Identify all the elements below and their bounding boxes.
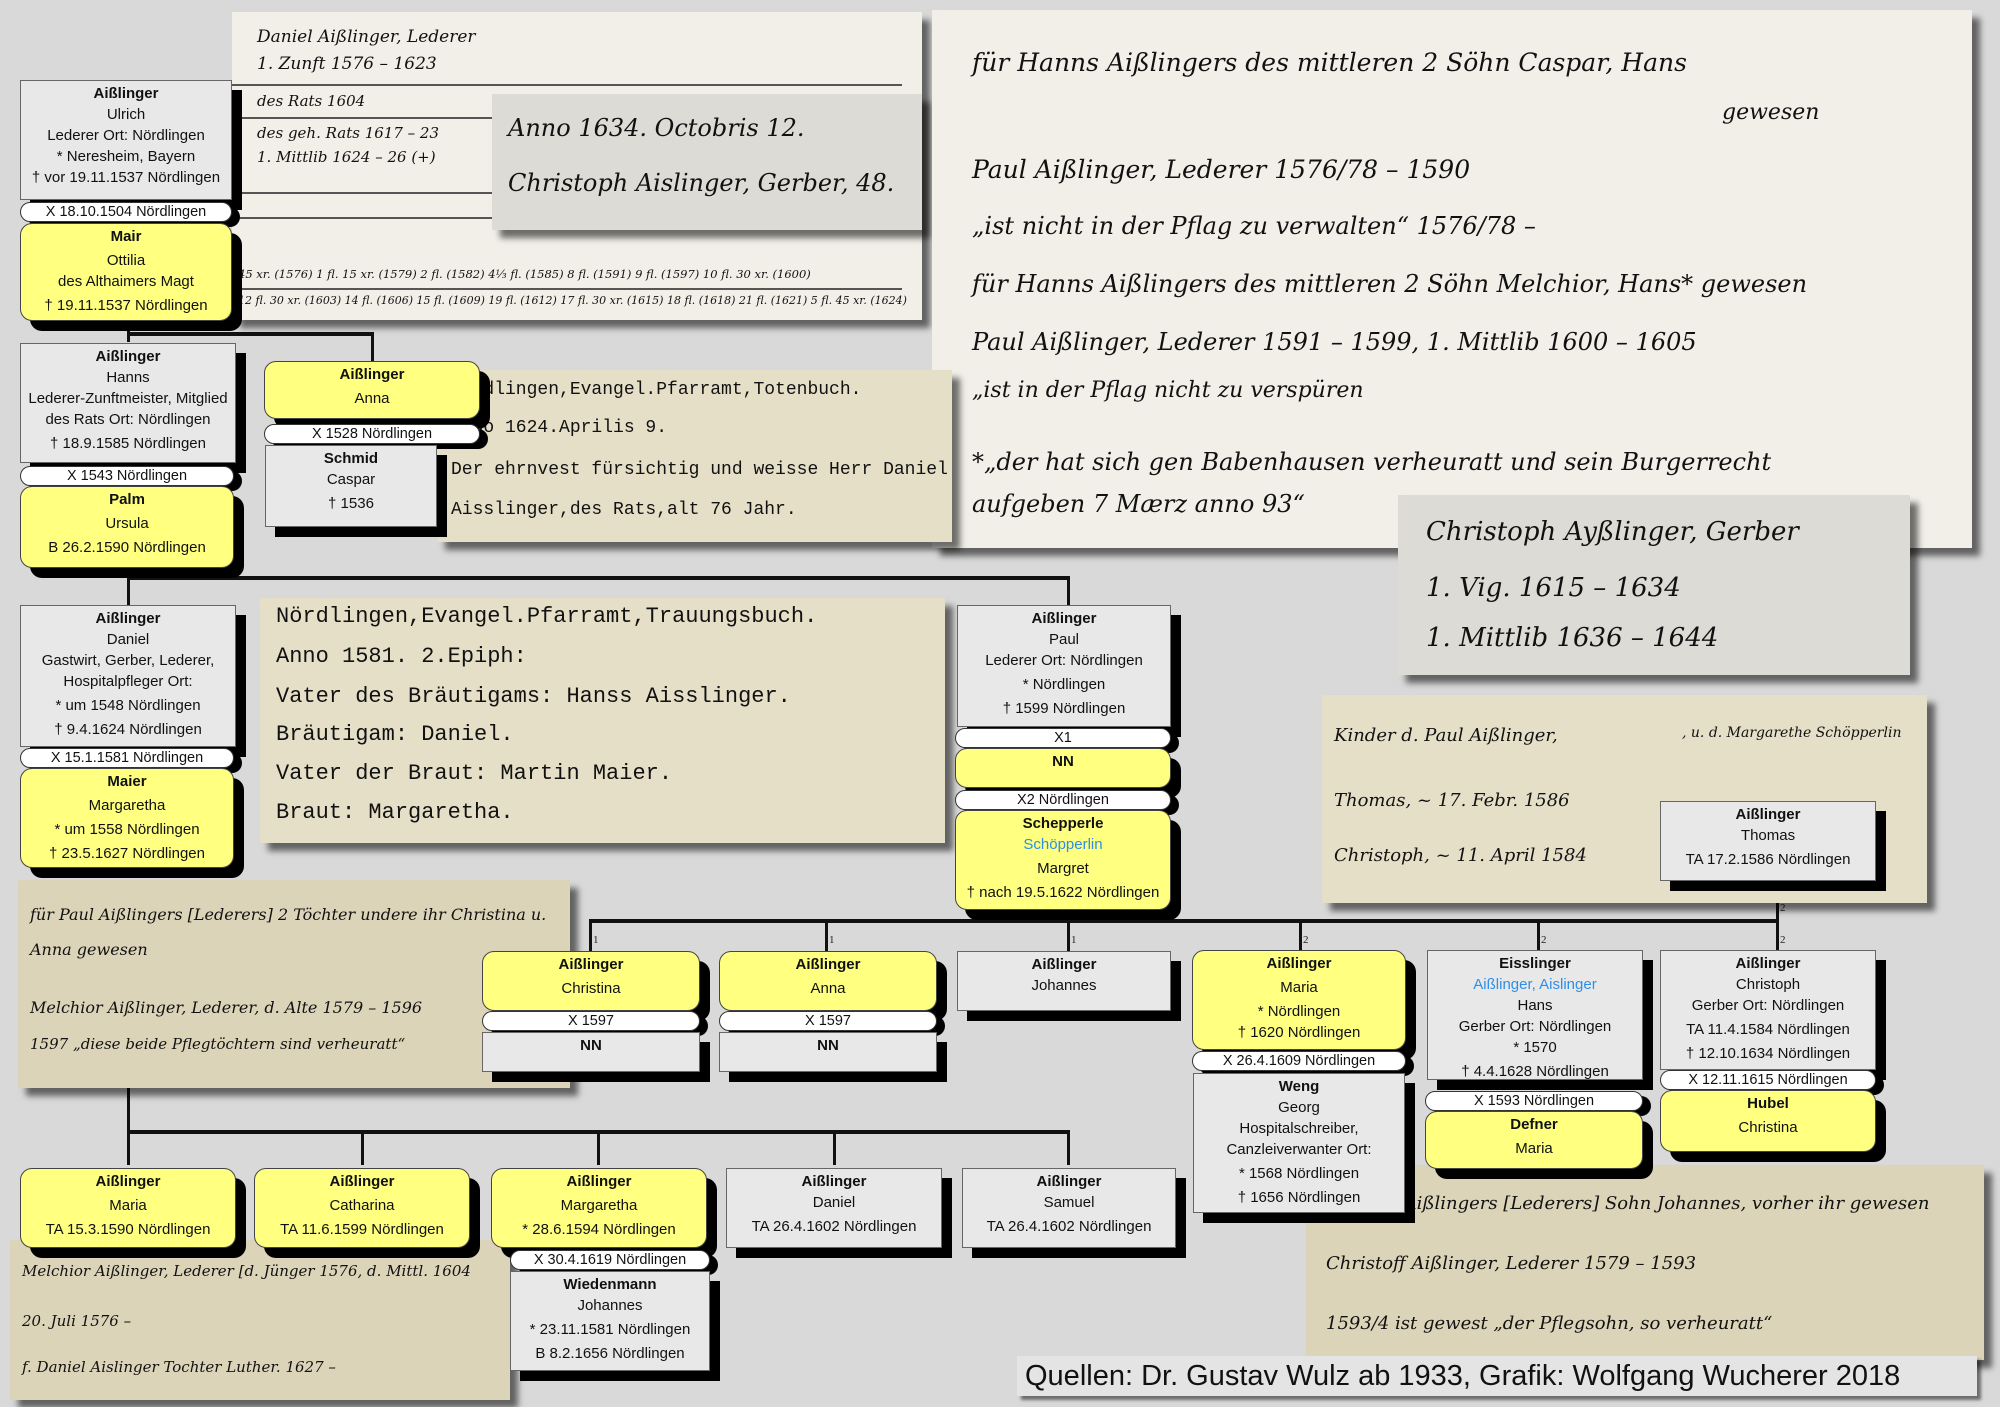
person-nn-anna-husband[interactable]: NN: [719, 1032, 937, 1072]
archive-card-pflegbuch: für Hanns Aißlingers des mittleren 2 Söh…: [932, 10, 1972, 548]
person-daniel-aisslinger[interactable]: Aißlinger Daniel Gastwirt, Gerber, Leder…: [20, 605, 236, 747]
marriage-label: X 1597: [719, 1011, 937, 1031]
person-thomas-aisslinger[interactable]: Aißlinger Thomas TA 17.2.1586 Nördlingen: [1660, 801, 1876, 881]
marriage-label: X 12.11.1615 Nördlingen: [1660, 1070, 1876, 1090]
person-paul-aisslinger[interactable]: Aißlinger Paul Lederer Ort: Nördlingen *…: [957, 605, 1171, 727]
connector-label: 1: [829, 934, 835, 946]
person-daniel-aisslinger-jr[interactable]: Aißlinger Daniel TA 26.4.1602 Nördlingen: [726, 1168, 942, 1248]
marriage-label: X 18.10.1504 Nördlingen: [20, 202, 232, 222]
alternate-surname: Aißlinger, Aislinger: [1432, 974, 1638, 995]
line-hanns-children: [127, 565, 130, 607]
person-margaretha-maier[interactable]: Maier Margaretha * um 1558 Nördlingen † …: [20, 768, 234, 868]
person-ottilia-mair[interactable]: Mair Ottilia des Althaimers Magt † 19.11…: [20, 223, 232, 321]
person-margret-schepperle[interactable]: Schepperle Schöpperlin Margret † nach 19…: [955, 810, 1171, 910]
person-nn-first-wife[interactable]: NN: [955, 748, 1171, 788]
alternate-surname: Schöpperlin: [960, 834, 1166, 855]
given-name: Ulrich: [25, 104, 227, 125]
line-to-anna2: [825, 919, 828, 954]
person-maria-defner[interactable]: Defner Maria: [1425, 1111, 1643, 1169]
marriage-label: X 1528 Nördlingen: [264, 424, 480, 444]
marriage-label: X 15.1.1581 Nördlingen: [20, 748, 234, 768]
person-christina-aisslinger[interactable]: Aißlinger Christina: [482, 951, 700, 1011]
person-anna-aisslinger-2[interactable]: Aißlinger Anna: [719, 951, 937, 1011]
person-samuel-aisslinger[interactable]: Aißlinger Samuel TA 26.4.1602 Nördlingen: [962, 1168, 1176, 1248]
person-christoph-aisslinger[interactable]: Aißlinger Christoph Gerber Ort: Nördling…: [1660, 950, 1876, 1070]
line-gen3-bar: [127, 576, 1069, 580]
marriage-label: X 1597: [482, 1011, 700, 1031]
archive-card-christoph: Christoph Ayßlinger, Gerber 1. Vig. 1615…: [1398, 495, 1910, 675]
line-gen2-bar: [127, 332, 373, 336]
archive-card-johannes-note: für Paul Aißlingers [Lederers] Sohn Joha…: [1306, 1165, 1984, 1360]
marriage-label: X 26.4.1609 Nördlingen: [1192, 1051, 1406, 1071]
surname: Aißlinger: [25, 83, 227, 104]
line-to-maria: [1299, 919, 1302, 954]
person-maria-aisslinger[interactable]: Aißlinger Maria * Nördlingen † 1620 Nörd…: [1192, 950, 1406, 1050]
marriage-label: X1: [955, 728, 1171, 748]
person-margaretha-aisslinger[interactable]: Aißlinger Margaretha * 28.6.1594 Nördlin…: [491, 1168, 707, 1248]
connector-label: 2: [1303, 934, 1309, 946]
archive-card-melchior: Melchior Aißlinger, Lederer [d. Jünger 1…: [10, 1240, 510, 1400]
archive-card-trauungsbuch: Nördlingen,Evangel.Pfarramt,Trauungsbuch…: [260, 598, 945, 843]
line-daniel-children: [127, 1085, 130, 1165]
marriage-label: X 1593 Nördlingen: [1425, 1091, 1643, 1111]
line-to-catharina: [361, 1130, 364, 1165]
credits-caption: Quellen: Dr. Gustav Wulz ab 1933, Grafik…: [1017, 1356, 1977, 1396]
marriage-label: X 1543 Nördlingen: [20, 466, 234, 486]
line-ulrich-children: [127, 318, 130, 342]
person-georg-weng[interactable]: Weng Georg Hospitalschreiber, Canzleiver…: [1193, 1073, 1405, 1213]
person-hans-eisslinger[interactable]: Eisslinger Aißlinger, Aislinger Hans Ger…: [1427, 950, 1643, 1080]
person-anna-aisslinger[interactable]: Aißlinger Anna: [264, 361, 480, 419]
person-johannes-aisslinger[interactable]: Aißlinger Johannes: [957, 951, 1171, 1011]
connector-label: 2: [1780, 902, 1786, 914]
person-nn-christina-husband[interactable]: NN: [482, 1032, 700, 1072]
line-to-margaretha: [597, 1130, 600, 1165]
line-to-samuel: [1067, 1130, 1070, 1165]
line-to-paul: [1067, 576, 1070, 606]
connector-label: 2: [1780, 934, 1786, 946]
line-to-johannes: [1067, 919, 1070, 954]
connector-label: 1: [1071, 934, 1077, 946]
person-johannes-wiedenmann[interactable]: Wiedenmann Johannes * 23.11.1581 Nördlin…: [510, 1271, 710, 1371]
person-maria-aisslinger-daughter[interactable]: Aißlinger Maria TA 15.3.1590 Nördlingen: [20, 1168, 236, 1248]
line-to-daniel-jr: [833, 1130, 836, 1165]
archive-card-anno-1634: Anno 1634. Octobris 12. Christoph Aislin…: [492, 94, 922, 230]
person-ulrich-aisslinger[interactable]: Aißlinger Ulrich Lederer Ort: Nördlingen…: [20, 80, 232, 200]
marriage-label: X 30.4.1619 Nördlingen: [510, 1250, 710, 1270]
person-hanns-aisslinger[interactable]: Aißlinger Hanns Lederer-Zunftmeister, Mi…: [20, 343, 236, 463]
line-to-hans: [1537, 919, 1540, 954]
person-caspar-schmid[interactable]: Schmid Caspar † 1536: [265, 445, 437, 527]
connector-label: 1: [593, 934, 599, 946]
person-christina-hubel[interactable]: Hubel Christina: [1660, 1090, 1876, 1152]
person-catharina-aisslinger[interactable]: Aißlinger Catharina TA 11.6.1599 Nördlin…: [254, 1168, 470, 1248]
line-to-christina: [589, 919, 592, 954]
marriage-label: X2 Nördlingen: [955, 790, 1171, 810]
line-to-anna: [371, 332, 374, 362]
person-ursula-palm[interactable]: Palm Ursula B 26.2.1590 Nördlingen: [20, 486, 234, 568]
archive-card-totenbuch: Nördlingen,Evangel.Pfarramt,Totenbuch. A…: [437, 370, 952, 542]
connector-label: 2: [1541, 934, 1547, 946]
line-gen4-bar: [589, 919, 1779, 923]
